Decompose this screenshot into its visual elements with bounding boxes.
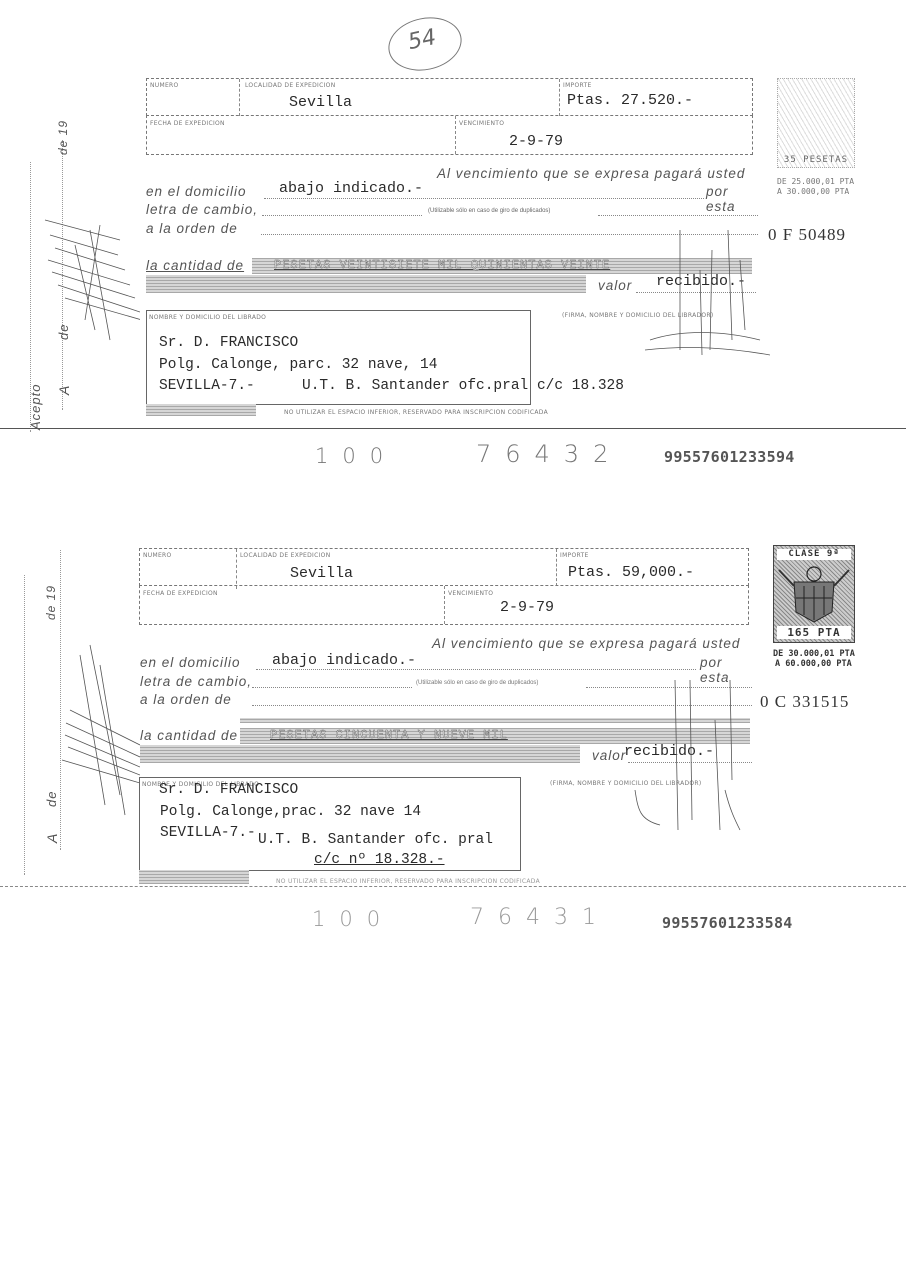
cantidad-letras-value: PESETAS VEINTISIETE MIL QUINIENTAS VEINT… bbox=[274, 258, 610, 272]
librado-bank: U.T. B. Santander ofc. pral bbox=[258, 832, 493, 848]
tax-stamp: 35 PESETAS bbox=[777, 78, 855, 168]
cantidad-letras-value: PESETAS CINCUENTA Y NUEVE MIL bbox=[270, 728, 508, 742]
annotation-number: 54 bbox=[406, 25, 439, 55]
librado-line3: SEVILLA-7.- bbox=[159, 378, 255, 394]
circled-annotation: 54 bbox=[383, 11, 466, 77]
librado-line1: Sr. D. FRANCISCO bbox=[159, 335, 298, 351]
codeline-right: 99557601233584 bbox=[662, 914, 793, 932]
no-utilizar-label: NO UTILIZAR EL ESPACIO INFERIOR, RESERVA… bbox=[284, 409, 548, 416]
importe-value: Ptas. 59,000.- bbox=[568, 564, 694, 581]
fecha-expedicion-label: FECHA DE EXPEDICION bbox=[150, 120, 225, 127]
coat-of-arms-icon bbox=[774, 560, 854, 630]
a-la-orden-label: a la orden de bbox=[140, 692, 232, 707]
header-box-top: NUMERO LOCALIDAD DE EXPEDICION Sevilla I… bbox=[139, 548, 749, 586]
al-vencimiento-text: Al vencimiento que se expresa pagará ust… bbox=[437, 166, 745, 181]
utilizable-note: (Utilizable sólo en caso de giro de dupl… bbox=[428, 208, 550, 214]
drawer-signature bbox=[630, 680, 760, 840]
codeline-left: 100 bbox=[315, 444, 397, 468]
numero-label: NUMERO bbox=[150, 82, 179, 89]
vencimiento-label: VENCIMIENTO bbox=[459, 120, 504, 127]
serial-number: 0 C 331515 bbox=[760, 692, 849, 712]
al-vencimiento-text: Al vencimiento que se expresa pagará ust… bbox=[432, 636, 740, 651]
lugar-label: LOCALIDAD DE EXPEDICION bbox=[240, 552, 331, 559]
stamp-range-to: A 30.000,00 PTA bbox=[777, 187, 849, 196]
serial-number: 0 F 50489 bbox=[768, 225, 846, 245]
importe-label: IMPORTE bbox=[563, 82, 592, 89]
codeline-middle: 76431 bbox=[470, 905, 610, 930]
coded-strip-hatch bbox=[146, 404, 256, 416]
valor-label: valor bbox=[592, 748, 626, 763]
librado-box: NOMBRE Y DOMICILIO DEL LIBRADO Sr. D. FR… bbox=[139, 777, 521, 871]
vencimiento-value: 2-9-79 bbox=[509, 133, 563, 150]
bill-bottom-rule bbox=[0, 886, 906, 887]
importe-label: IMPORTE bbox=[560, 552, 589, 559]
valor-label: valor bbox=[598, 278, 632, 293]
acceptance-signature bbox=[0, 545, 140, 885]
a-la-orden-label: a la orden de bbox=[146, 221, 238, 236]
stamp-range-from: DE 25.000,01 PTA bbox=[777, 177, 854, 186]
header-box-bottom: FECHA DE EXPEDICION VENCIMIENTO 2-9-79 bbox=[139, 585, 749, 625]
stamp-range-to: A 60.000,00 PTA bbox=[775, 659, 852, 669]
bill-bottom-rule bbox=[0, 428, 906, 429]
lugar-value: Sevilla bbox=[290, 565, 353, 582]
domicilio-value: abajo indicado.- bbox=[272, 652, 416, 669]
acceptance-strip: Acepto A de de 19 bbox=[0, 80, 140, 430]
librado-line2: Polg. Calonge, parc. 32 nave, 14 bbox=[159, 357, 437, 373]
domicilio-value: abajo indicado.- bbox=[279, 180, 423, 197]
letra-row: letra de cambio, (Utilizable sólo en cas… bbox=[146, 202, 758, 218]
header-box-top: NUMERO LOCALIDAD DE EXPEDICION Sevilla I… bbox=[146, 78, 753, 116]
lugar-label: LOCALIDAD DE EXPEDICION bbox=[245, 82, 336, 89]
codeline-left: 100 bbox=[312, 907, 394, 931]
en-el-domicilio-label: en el domicilio bbox=[146, 184, 247, 199]
librado-box-label: NOMBRE Y DOMICILIO DEL LIBRADO bbox=[149, 314, 266, 321]
no-utilizar-label: NO UTILIZAR EL ESPACIO INFERIOR, RESERVA… bbox=[276, 878, 540, 885]
acceptance-signature bbox=[0, 80, 140, 430]
stamp-value: 165 PTA bbox=[777, 626, 851, 639]
letra-de-cambio-label: letra de cambio, bbox=[146, 202, 258, 217]
domicilio-row: en el domicilio abajo indicado.- por est… bbox=[146, 182, 758, 200]
fecha-expedicion-label: FECHA DE EXPEDICION bbox=[143, 590, 218, 597]
drawer-signature bbox=[640, 230, 770, 360]
stamp-range-from: DE 30.000,01 PTA bbox=[773, 649, 855, 659]
lugar-value: Sevilla bbox=[289, 94, 352, 111]
domicilio-row: en el domicilio abajo indicado.- por est… bbox=[140, 652, 752, 670]
librado-line1: Sr. D. FRANCISCO bbox=[159, 782, 298, 798]
librado-line3: SEVILLA-7.- bbox=[160, 825, 256, 841]
vencimiento-value: 2-9-79 bbox=[500, 599, 554, 616]
acceptance-strip: A de de 19 bbox=[0, 545, 140, 885]
librado-bank: U.T. B. Santander ofc.pral c/c 18.328 bbox=[302, 378, 624, 394]
codeline-right: 99557601233594 bbox=[664, 448, 795, 466]
la-cantidad-label: la cantidad de bbox=[140, 728, 238, 743]
en-el-domicilio-label: en el domicilio bbox=[140, 655, 241, 670]
librado-box: NOMBRE Y DOMICILIO DEL LIBRADO Sr. D. FR… bbox=[146, 310, 531, 405]
vencimiento-label: VENCIMIENTO bbox=[448, 590, 493, 597]
stamp-clase: CLASE 9ª bbox=[777, 549, 851, 560]
importe-value: Ptas. 27.520.- bbox=[567, 92, 693, 109]
stamp-value: 35 PESETAS bbox=[778, 155, 854, 165]
numero-label: NUMERO bbox=[143, 552, 172, 559]
codeline-middle: 76432 bbox=[476, 440, 622, 468]
utilizable-note: (Utilizable sólo en caso de giro de dupl… bbox=[416, 680, 538, 686]
header-box-bottom: FECHA DE EXPEDICION VENCIMIENTO 2-9-79 bbox=[146, 115, 753, 155]
librado-line2: Polg. Calonge,prac. 32 nave 14 bbox=[160, 804, 421, 820]
coded-strip-hatch bbox=[139, 870, 249, 884]
librado-account: c/c nº 18.328.- bbox=[314, 852, 445, 868]
la-cantidad-label: la cantidad de bbox=[146, 258, 244, 273]
letra-de-cambio-label: letra de cambio, bbox=[140, 674, 252, 689]
tax-stamp: CLASE 9ª 165 PTA bbox=[773, 545, 855, 643]
